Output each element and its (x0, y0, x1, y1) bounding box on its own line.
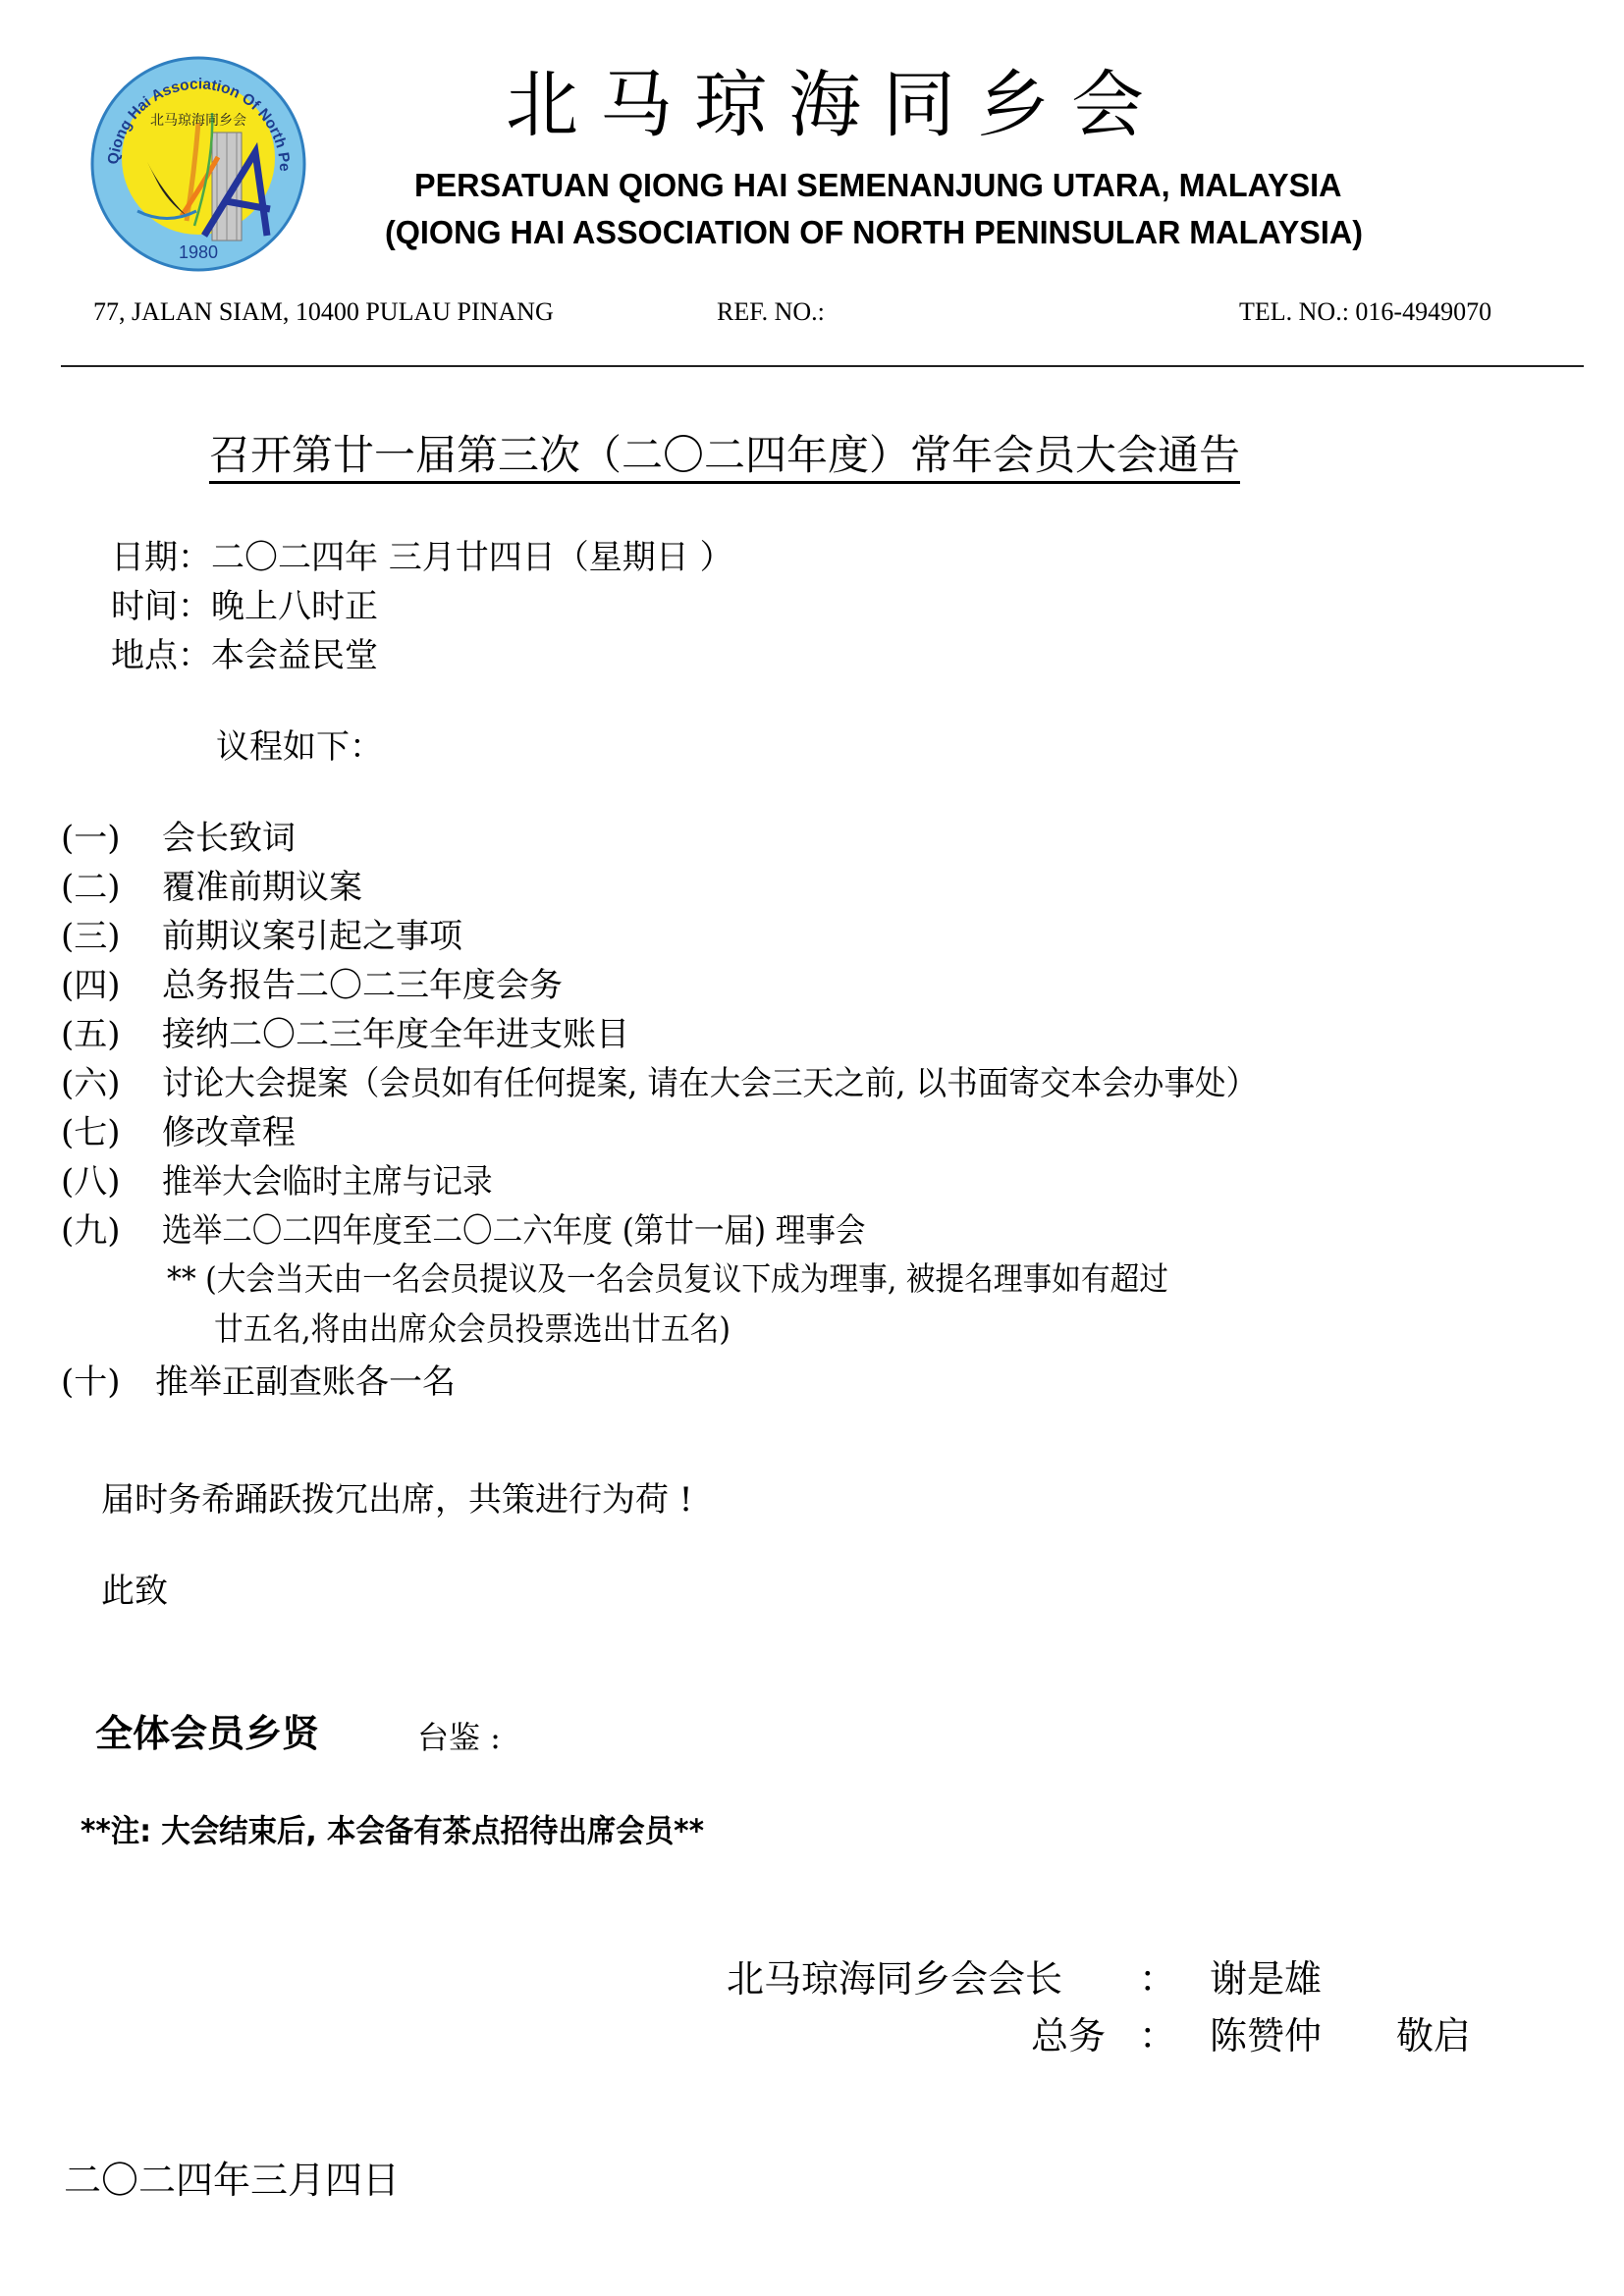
agenda-number: (五) (61, 1007, 121, 1055)
letterhead-divider (61, 365, 1584, 367)
venue-value: 本会益民堂 (211, 636, 378, 675)
closing-request: 届时务希踊跃拨冗出席，共策进行为荷 ! (101, 1472, 692, 1521)
association-logo: Qiong Hai Association Of North Peninsula… (88, 54, 309, 275)
president-colon: ： (1139, 1949, 1176, 2002)
secretary-colon: ： (1139, 2005, 1176, 2059)
association-name-malay: PERSATUAN QIONG HAI SEMENANJUNG UTARA, M… (414, 167, 1342, 204)
agenda-item: 会长致词 (162, 811, 296, 859)
agenda-note-line1: ** (大会当天由一名会员提议及一名会员复议下成为理事, 被提名理事如有超过 (167, 1254, 1168, 1300)
agenda-item: 讨论大会提案（会员如有任何提案, 请在大会三天之前, 以书面寄交本会办事处） (162, 1056, 1257, 1104)
refreshment-note: **注: 大会结束后, 本会备有茶点招待出席会员** (81, 1806, 704, 1851)
issue-date: 二〇二四年三月四日 (64, 2150, 400, 2204)
association-name-english: (QIONG HAI ASSOCIATION OF NORTH PENINSUL… (385, 214, 1363, 251)
agenda-intro: 议程如下： (216, 720, 383, 768)
venue-label: 地点： (111, 636, 211, 675)
reference-number: REF. NO.: (717, 297, 825, 327)
agenda-number: (十) (61, 1355, 121, 1403)
agenda-item: 覆准前期议案 (162, 860, 362, 908)
agenda-note-line2: 廿五名,将由出席众会员投票选出廿五名) (214, 1304, 731, 1350)
agenda-item: 接纳二〇二三年度全年进支账目 (162, 1007, 629, 1055)
time-label: 时间： (111, 587, 211, 626)
time-value: 晚上八时正 (211, 587, 378, 626)
agenda-item: 修改章程 (162, 1105, 296, 1153)
date-value: 二〇二四年 三月廿四日（星期日 ） (211, 538, 733, 577)
agenda-item: 前期议案引起之事项 (162, 909, 462, 957)
secretary-title: 总务 (1031, 2005, 1106, 2059)
telephone-number: TEL. NO.: 016-4949070 (1239, 297, 1491, 327)
recipients: 全体会员乡贤 (95, 1703, 319, 1757)
agenda-number: (八) (61, 1154, 121, 1202)
agenda-item: 总务报告二〇二三年度会务 (162, 958, 563, 1006)
logo-emblem-icon: Qiong Hai Association Of North Peninsula… (88, 54, 309, 275)
association-name-chinese: 北马琼海同乡会 (506, 69, 1165, 141)
meeting-time: 时间：晚上八时正 (111, 579, 378, 627)
agenda-number: (四) (61, 958, 121, 1006)
recipients-honorific: 台鉴 : (417, 1713, 501, 1758)
agenda-number: (九) (61, 1203, 121, 1252)
sign-off: 敬启 (1396, 2005, 1471, 2059)
agenda-number: (一) (61, 811, 121, 859)
date-label: 日期： (111, 538, 211, 577)
svg-text:1980: 1980 (179, 242, 218, 262)
address: 77, JALAN SIAM, 10400 PULAU PINANG (93, 297, 554, 327)
agenda-number: (六) (61, 1056, 121, 1104)
agenda-number: (二) (61, 860, 121, 908)
agenda-item: 推举正副查账各一名 (155, 1355, 456, 1403)
meeting-venue: 地点：本会益民堂 (111, 628, 378, 676)
president-title: 北马琼海同乡会会长 (727, 1949, 1062, 2002)
meeting-date: 日期：二〇二四年 三月廿四日（星期日 ） (111, 530, 733, 578)
president-name: 谢是雄 (1210, 1949, 1322, 2002)
secretary-name: 陈赞仲 (1210, 2005, 1322, 2059)
agenda-number: (三) (61, 909, 121, 957)
agenda-item: 选举二〇二四年度至二〇二六年度 (第廿一届) 理事会 (162, 1203, 866, 1252)
agenda-item: 推举大会临时主席与记录 (162, 1154, 493, 1202)
svg-text:北马琼海同乡会: 北马琼海同乡会 (150, 113, 246, 129)
notice-title: 召开第廿一届第三次（二〇二四年度）常年会员大会通告 (209, 432, 1240, 484)
agenda-number: (七) (61, 1105, 121, 1153)
closing-salutation: 此致 (101, 1564, 168, 1612)
